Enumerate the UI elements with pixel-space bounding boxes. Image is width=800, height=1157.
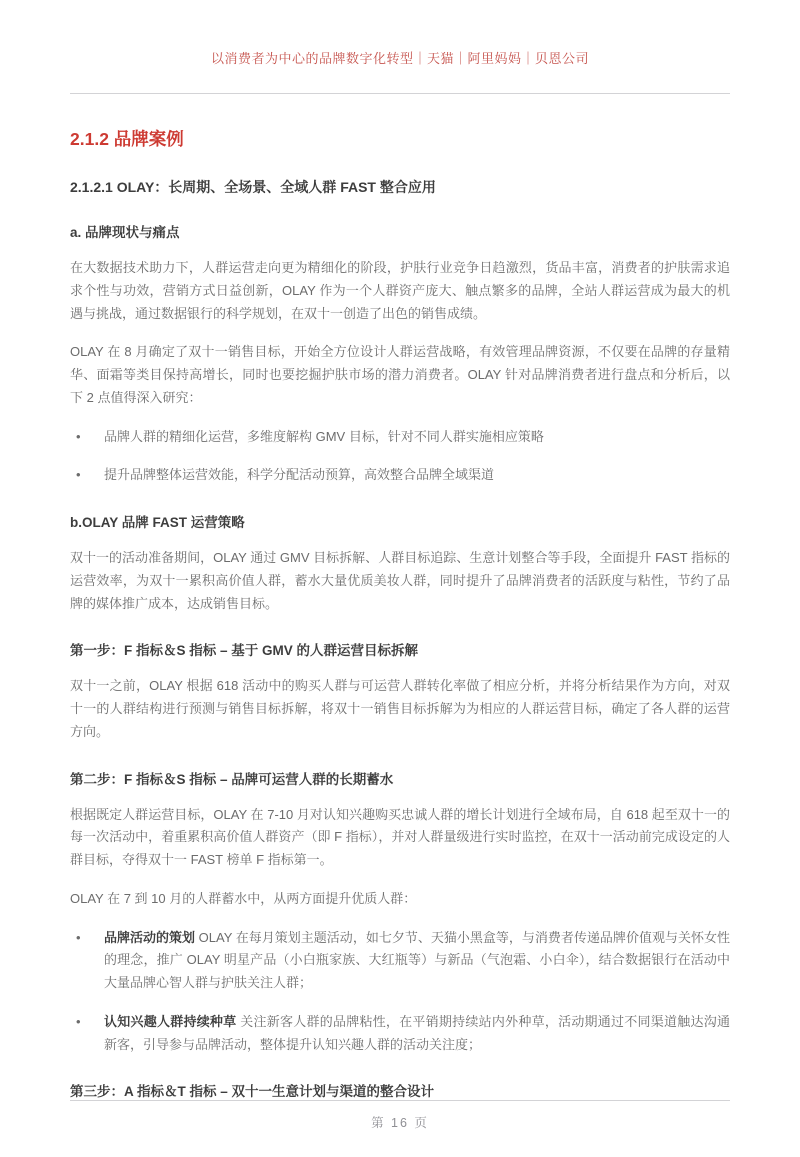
bullet-list-2: • 品牌活动的策划 OLAY 在每月策划主题活动，如七夕节、天猫小黑盒等，与消费… (70, 927, 730, 1057)
step-1-heading: 第一步：F 指标＆S 指标 – 基于 GMV 的人群运营目标拆解 (70, 639, 730, 659)
page-header-title: 以消费者为中心的品牌数字化转型｜天猫｜阿里妈妈｜贝恩公司 (0, 48, 800, 67)
document-page: 以消费者为中心的品牌数字化转型｜天猫｜阿里妈妈｜贝恩公司 2.1.2 品牌案例 … (0, 0, 800, 1139)
bullet-icon: • (70, 426, 104, 449)
list-item-text: 提升品牌整体运营效能，科学分配活动预算，高效整合品牌全域渠道 (104, 464, 730, 487)
list-item: • 认知兴趣人群持续种草 关注新客人群的品牌粘性，在平销期持续站内外种草，活动期… (70, 1011, 730, 1057)
list-item: • 品牌人群的精细化运营，多维度解构 GMV 目标，针对不同人群实施相应策略 (70, 426, 730, 449)
page-footer: 第 16 页 (0, 1100, 800, 1157)
list-item: • 品牌活动的策划 OLAY 在每月策划主题活动，如七夕节、天猫小黑盒等，与消费… (70, 927, 730, 995)
paragraph-2: OLAY 在 8 月确定了双十一销售目标，开始全方位设计人群运营战略，有效管理品… (70, 341, 730, 409)
bullet-icon: • (70, 927, 104, 995)
list-item-text: 品牌活动的策划 OLAY 在每月策划主题活动，如七夕节、天猫小黑盒等，与消费者传… (104, 927, 730, 995)
list-item-text: 认知兴趣人群持续种草 关注新客人群的品牌粘性，在平销期持续站内外种草，活动期通过… (104, 1011, 730, 1057)
list-item-text: 品牌人群的精细化运营，多维度解构 GMV 目标，针对不同人群实施相应策略 (104, 426, 730, 449)
paragraph-4: 双十一之前，OLAY 根据 618 活动中的购买人群与可运营人群转化率做了相应分… (70, 675, 730, 743)
footer-divider (70, 1100, 730, 1101)
bullet-list-1: • 品牌人群的精细化运营，多维度解构 GMV 目标，针对不同人群实施相应策略 •… (70, 426, 730, 488)
bullet-icon: • (70, 1011, 104, 1057)
paragraph-3: 双十一的活动准备期间，OLAY 通过 GMV 目标拆解、人群目标追踪、生意计划整… (70, 547, 730, 615)
list-item: • 提升品牌整体运营效能，科学分配活动预算，高效整合品牌全域渠道 (70, 464, 730, 487)
heading-a: a. 品牌现状与痛点 (70, 221, 730, 241)
paragraph-5: 根据既定人群运营目标，OLAY 在 7-10 月对认知兴趣购买忠诚人群的增长计划… (70, 804, 730, 872)
list-item-body: OLAY 在每月策划主题活动，如七夕节、天猫小黑盒等，与消费者传递品牌价值观与关… (104, 930, 730, 991)
paragraph-6: OLAY 在 7 到 10 月的人群蓄水中，从两方面提升优质人群： (70, 888, 730, 911)
page-number: 第 16 页 (0, 1113, 800, 1131)
subsection-heading: 2.1.2.1 OLAY：长周期、全场景、全域人群 FAST 整合应用 (70, 177, 730, 197)
section-heading: 2.1.2 品牌案例 (70, 126, 730, 151)
page-content: 2.1.2 品牌案例 2.1.2.1 OLAY：长周期、全场景、全域人群 FAS… (0, 94, 800, 1100)
list-item-lead: 品牌活动的策划 (104, 930, 195, 945)
step-3-heading: 第三步：A 指标＆T 指标 – 双十一生意计划与渠道的整合设计 (70, 1080, 730, 1100)
step-2-heading: 第二步：F 指标＆S 指标 – 品牌可运营人群的长期蓄水 (70, 768, 730, 788)
paragraph-1: 在大数据技术助力下，人群运营走向更为精细化的阶段，护肤行业竞争日趋激烈，货品丰富… (70, 257, 730, 325)
heading-b: b.OLAY 品牌 FAST 运营策略 (70, 511, 730, 531)
list-item-lead: 认知兴趣人群持续种草 (104, 1014, 236, 1029)
bullet-icon: • (70, 464, 104, 487)
